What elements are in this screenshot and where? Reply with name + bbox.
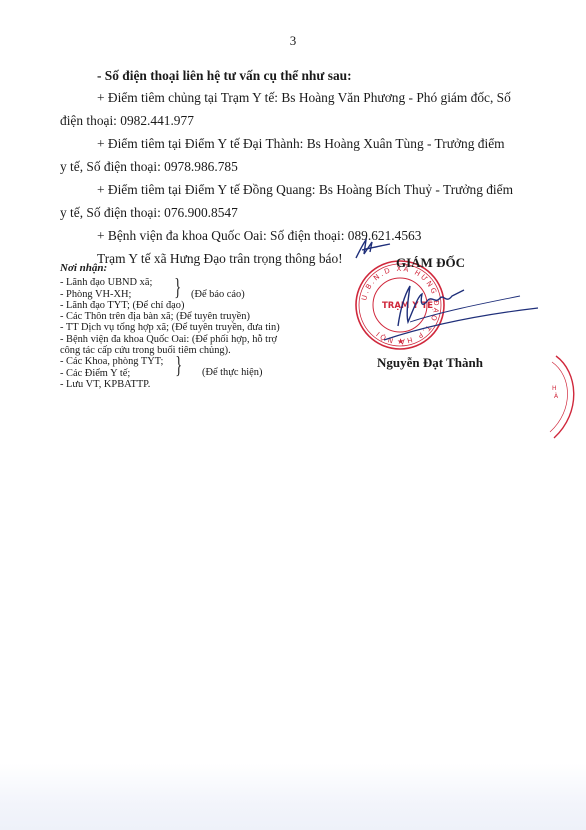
- recipient-item: - TT Dịch vụ tổng hợp xã; (Để tuyên truy…: [60, 322, 280, 333]
- contact-heading: - Số điện thoại liên hệ tư vấn cụ thể nh…: [97, 68, 352, 84]
- contact-line: + Điểm tiêm chủng tại Trạm Y tế: Bs Hoàn…: [97, 90, 511, 106]
- brace-icon: }: [174, 278, 181, 298]
- recipient-item: - Phòng VH-XH;: [60, 289, 280, 300]
- contact-line: y tế, Số điện thoại: 076.900.8547: [60, 205, 238, 221]
- group1-note: (Để báo cáo): [191, 289, 245, 300]
- partial-stamp-icon: H À: [548, 352, 586, 442]
- contact-line: + Điểm tiêm tại Điểm Y tế Đồng Quang: Bs…: [97, 182, 513, 198]
- recipient-item: - Lưu VT, KPBATTP.: [60, 379, 280, 390]
- svg-text:H: H: [552, 385, 557, 392]
- contact-line: y tế, Số điện thoại: 0978.986.785: [60, 159, 238, 175]
- recipient-item: - Các Khoa, phòng TYT;: [60, 356, 280, 367]
- recipients-title: Nơi nhận:: [60, 263, 280, 274]
- group2-note: (Để thực hiện): [202, 367, 262, 378]
- page-number: 3: [0, 33, 586, 49]
- contact-line: điện thoại: 0982.441.977: [60, 113, 194, 129]
- recipient-item: - Lãnh đạo UBND xã;: [60, 277, 280, 288]
- signature-icon: [380, 282, 540, 342]
- signer-title: GIÁM ĐỐC: [396, 255, 465, 271]
- recipient-item: - Lãnh đạo TYT; (Để chỉ đạo): [60, 300, 280, 311]
- document-page: 3 - Số điện thoại liên hệ tư vấn cụ thể …: [0, 0, 586, 830]
- contact-line: + Điểm tiêm tại Điểm Y tế Đại Thành: Bs …: [97, 136, 505, 152]
- brace-icon: }: [175, 356, 182, 376]
- signer-name: Nguyễn Đạt Thành: [377, 355, 483, 371]
- recipients-block: Nơi nhận: - Lãnh đạo UBND xã; - Phòng VH…: [60, 263, 280, 390]
- svg-text:À: À: [554, 393, 559, 400]
- recipient-item: công tác cấp cứu trong buổi tiêm chủng).: [60, 345, 280, 356]
- recipient-item: - Các Thôn trên địa bàn xã; (Để tuyên tr…: [60, 311, 280, 322]
- recipient-item: - Bệnh viện đa khoa Quốc Oai: (Để phối h…: [60, 334, 280, 345]
